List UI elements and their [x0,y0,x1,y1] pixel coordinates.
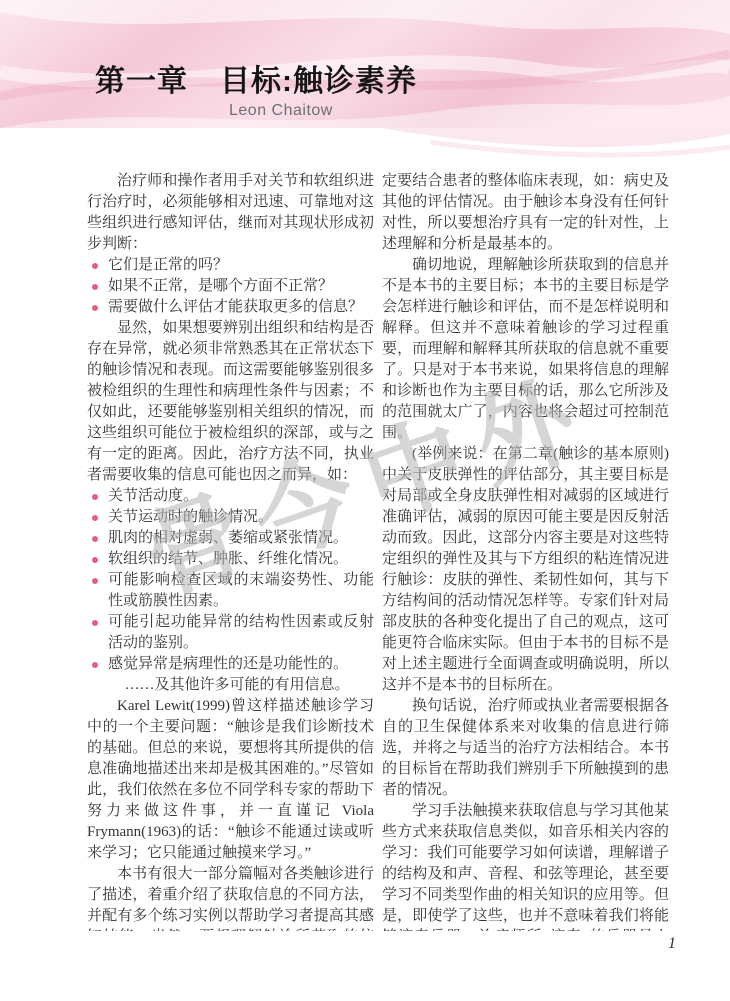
body-columns: 治疗师和操作者用手对关节和软组织进行治疗时，必须能够相对迅速、可靠地对这些组织进… [87,171,669,931]
bullet-item: 关节活动度。 [87,486,374,507]
bullet-item: 可能引起功能异常的结构性因素或反射活动的鉴别。 [87,612,374,654]
chapter-number: 第一章 [95,56,188,100]
body-right-column: 定要结合患者的整体临床表现，如：病史及其他的评估情况。由于触诊本身没有任何针对性… [382,171,669,931]
paragraph: 治疗师和操作者用手对关节和软组织进行治疗时，必须能够相对迅速、可靠地对这些组织进… [87,171,374,255]
paragraph: 定要结合患者的整体临床表现，如：病史及其他的评估情况。由于触诊本身没有任何针对性… [382,171,669,255]
paragraph: Karel Lewit(1999)曾这样描述触诊学习中的一个主要问题：“触诊是我… [87,696,374,864]
book-page: 第一章 目标:触诊素养 Leon Chaitow 治疗师和操作者用手对关节和软组… [0,0,730,1001]
chapter-title: 目标:触诊素养 [220,56,417,100]
bullet-list: 它们是正常的吗？如果不正常，是哪个方面不正常？需要做什么评估才能获取更多的信息？ [87,255,374,318]
header-band: 第一章 目标:触诊素养 Leon Chaitow [0,0,730,165]
author-name: Leon Chaitow [229,102,333,120]
paragraph: 本书有很大一部分篇幅对各类触诊进行了描述，着重介绍了获取信息的不同方法，并配有多… [87,864,374,931]
page-number: 1 [668,935,676,953]
bullet-item: 感觉异常是病理性的还是功能性的。 [87,654,374,675]
bullet-item: 软组织的结节、肿胀、纤维化情况。 [87,549,374,570]
bullet-item: 可能影响检查区域的末端姿势性、功能性或筋膜性因素。 [87,570,374,612]
header-wave-decoration [0,0,730,165]
paragraph: 显然，如果想要辨别出组织和结构是否存在异常，就必须非常熟悉其在正常状态下的触诊情… [87,318,374,486]
page-title: 第一章 目标:触诊素养 [95,56,417,100]
body-left-column: 治疗师和操作者用手对关节和软组织进行治疗时，必须能够相对迅速、可靠地对这些组织进… [87,171,374,931]
paragraph: 学习手法触摸来获取信息与学习其他某些方式来获取信息类似，如音乐相关内容的学习：我… [382,801,669,931]
paragraph: ……及其他许多可能的有用信息。 [87,675,374,696]
bullet-item: 如果不正常，是哪个方面不正常？ [87,276,374,297]
paragraph: 确切地说，理解触诊所获取到的信息并不是本书的主要目标；本书的主要目标是学会怎样进… [382,255,669,444]
bullet-item: 需要做什么评估才能获取更多的信息？ [87,297,374,318]
bullet-list: 关节活动度。关节运动时的触诊情况。肌肉的相对虚弱、萎缩或紧张情况。软组织的结节、… [87,486,374,675]
paragraph: (举例来说：在第二章(触诊的基本原则)中关于皮肤弹性的评估部分，其主要目标是对局… [382,444,669,696]
paragraph: 换句话说，治疗师或执业者需要根据各自的卫生保健体系来对收集的信息进行筛选，并将之… [382,696,669,801]
bullet-item: 它们是正常的吗？ [87,255,374,276]
bullet-item: 肌肉的相对虚弱、萎缩或紧张情况。 [87,528,374,549]
bullet-item: 关节运动时的触诊情况。 [87,507,374,528]
